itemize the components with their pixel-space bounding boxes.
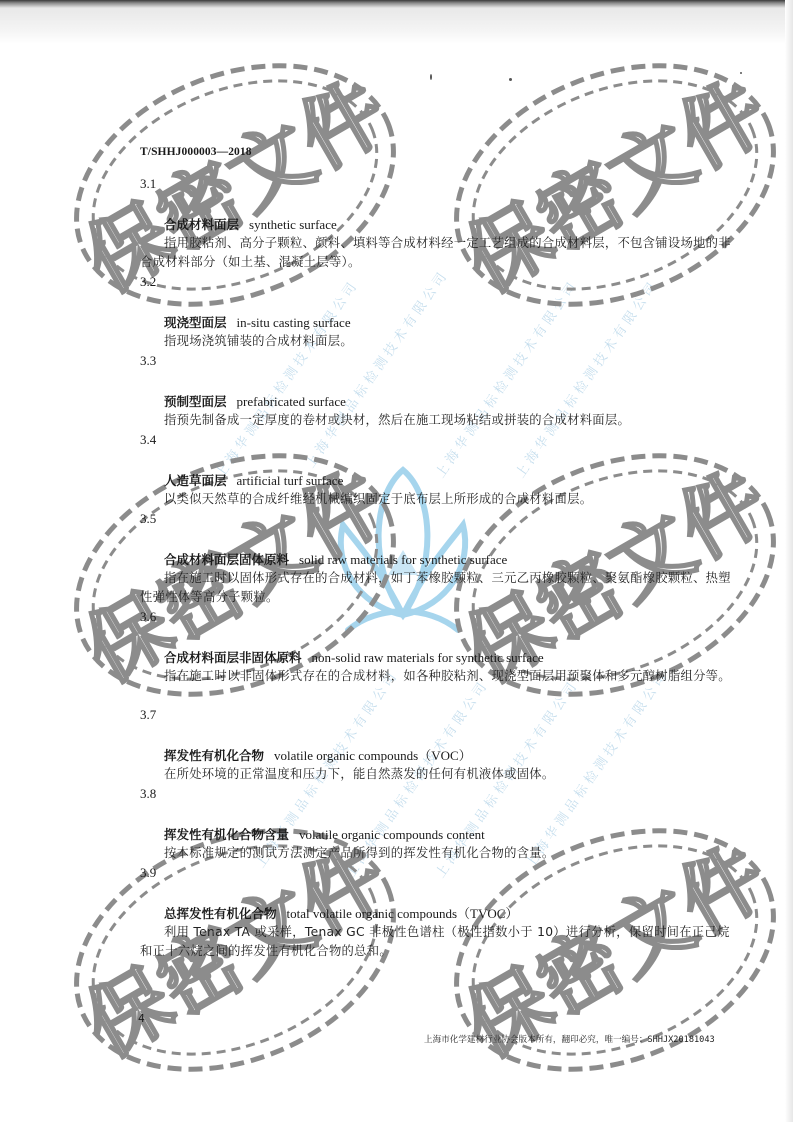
scan-edge-shadow [0,0,793,44]
term-title-zh: 合成材料面层 [164,217,239,232]
term-3-7: 3.7 挥发性有机化合物volatile organic compounds（V… [140,707,740,784]
term-title: 现浇型面层in-situ casting surface [140,314,740,332]
term-number: 3.7 [140,707,740,725]
term-number: 3.5 [140,511,740,529]
term-title-en: volatile organic compounds content [299,827,485,842]
term-3-1: 3.1 合成材料面层synthetic surface 指用胶粘剂、高分子颗粒、… [140,176,740,272]
term-title-zh: 合成材料面层非固体原料 [164,650,302,665]
term-definition: 指在施工时以固体形式存在的合成材料，如丁苯橡胶颗粒、三元乙丙橡胶颗粒、聚氨酯橡胶… [140,569,740,607]
term-title-zh: 预制型面层 [164,394,227,409]
term-title-zh: 合成材料面层固体原料 [164,552,289,567]
term-title-zh: 挥发性有机化合物含量 [164,827,289,842]
term-number: 3.1 [140,176,740,194]
term-definition: 指现场浇筑铺装的合成材料面层。 [140,332,740,351]
page-number: 4 [138,1012,145,1025]
term-definition: 利用 Tenax TA 或采样，Tenax GC 非极性色谱柱（极性指数小于 1… [140,923,740,961]
term-title-en: synthetic surface [249,217,337,232]
term-number: 3.3 [140,353,740,371]
scan-edge-right [785,0,793,1122]
term-title: 挥发性有机化合物volatile organic compounds（VOC） [140,747,740,765]
term-3-9: 3.9 总挥发性有机化合物total volatile organic comp… [140,865,740,961]
scan-speck [740,72,742,74]
term-definition: 指在施工时以非固体形式存在的合成材料，如各种胶粘剂、现浇型面层用预聚体和多元醇树… [140,667,740,686]
term-title-en: prefabricated surface [237,394,346,409]
term-3-8: 3.8 挥发性有机化合物含量volatile organic compounds… [140,786,740,863]
term-title: 人造草面层artificial turf surface [140,472,740,490]
term-title-en: non-solid raw materials for synthetic su… [312,650,544,665]
term-title-zh: 现浇型面层 [164,315,227,330]
term-title: 总挥发性有机化合物total volatile organic compound… [140,905,740,923]
term-number: 3.6 [140,609,740,627]
term-title-en: total volatile organic compounds（TVOC） [287,906,519,921]
scan-speck [430,74,432,80]
term-number: 3.9 [140,865,740,883]
term-3-6: 3.6 合成材料面层非固体原料non-solid raw materials f… [140,609,740,686]
term-title: 预制型面层prefabricated surface [140,393,740,411]
scan-speck [509,78,512,81]
term-title-zh: 人造草面层 [164,473,227,488]
term-title: 合成材料面层固体原料solid raw materials for synthe… [140,551,740,569]
term-definition: 按本标准规定的测试方法测定产品所得到的挥发性有机化合物的含量。 [140,844,740,863]
term-definition: 以类似天然草的合成纤维经机械编织固定于底布层上所形成的合成材料面层。 [140,490,740,509]
term-definition: 指用胶粘剂、高分子颗粒、颜料、填料等合成材料经一定工艺组成的合成材料层，不包含铺… [140,234,740,272]
term-title: 合成材料面层synthetic surface [140,216,740,234]
term-number: 3.2 [140,274,740,292]
term-3-3: 3.3 预制型面层prefabricated surface 指预先制备成一定厚… [140,353,740,430]
term-title-en: volatile organic compounds（VOC） [274,748,472,763]
term-title-zh: 总挥发性有机化合物 [164,906,277,921]
term-title-en: artificial turf surface [237,473,344,488]
term-title: 挥发性有机化合物含量volatile organic compounds con… [140,826,740,844]
term-definition: 指预先制备成一定厚度的卷材或块材，然后在施工现场粘结或拼装的合成材料面层。 [140,411,740,430]
term-number: 3.8 [140,786,740,804]
document-code: T/SHHJ000003—2018 [140,146,252,158]
term-title: 合成材料面层非固体原料non-solid raw materials for s… [140,649,740,667]
term-number: 3.4 [140,432,740,450]
term-3-4: 3.4 人造草面层artificial turf surface 以类似天然草的… [140,432,740,509]
term-title-en: solid raw materials for synthetic surfac… [299,552,507,567]
term-3-2: 3.2 现浇型面层in-situ casting surface 指现场浇筑铺装… [140,274,740,351]
term-title-zh: 挥发性有机化合物 [164,748,264,763]
term-3-5: 3.5 合成材料面层固体原料solid raw materials for sy… [140,511,740,607]
term-title-en: in-situ casting surface [237,315,351,330]
copyright-footer: 上海市化学建材行业协会版本所有，翻印必究，唯一编号：SHHJX20181043 [424,1033,715,1045]
term-definition: 在所处环境的正常温度和压力下，能自然蒸发的任何有机液体或固体。 [140,765,740,784]
